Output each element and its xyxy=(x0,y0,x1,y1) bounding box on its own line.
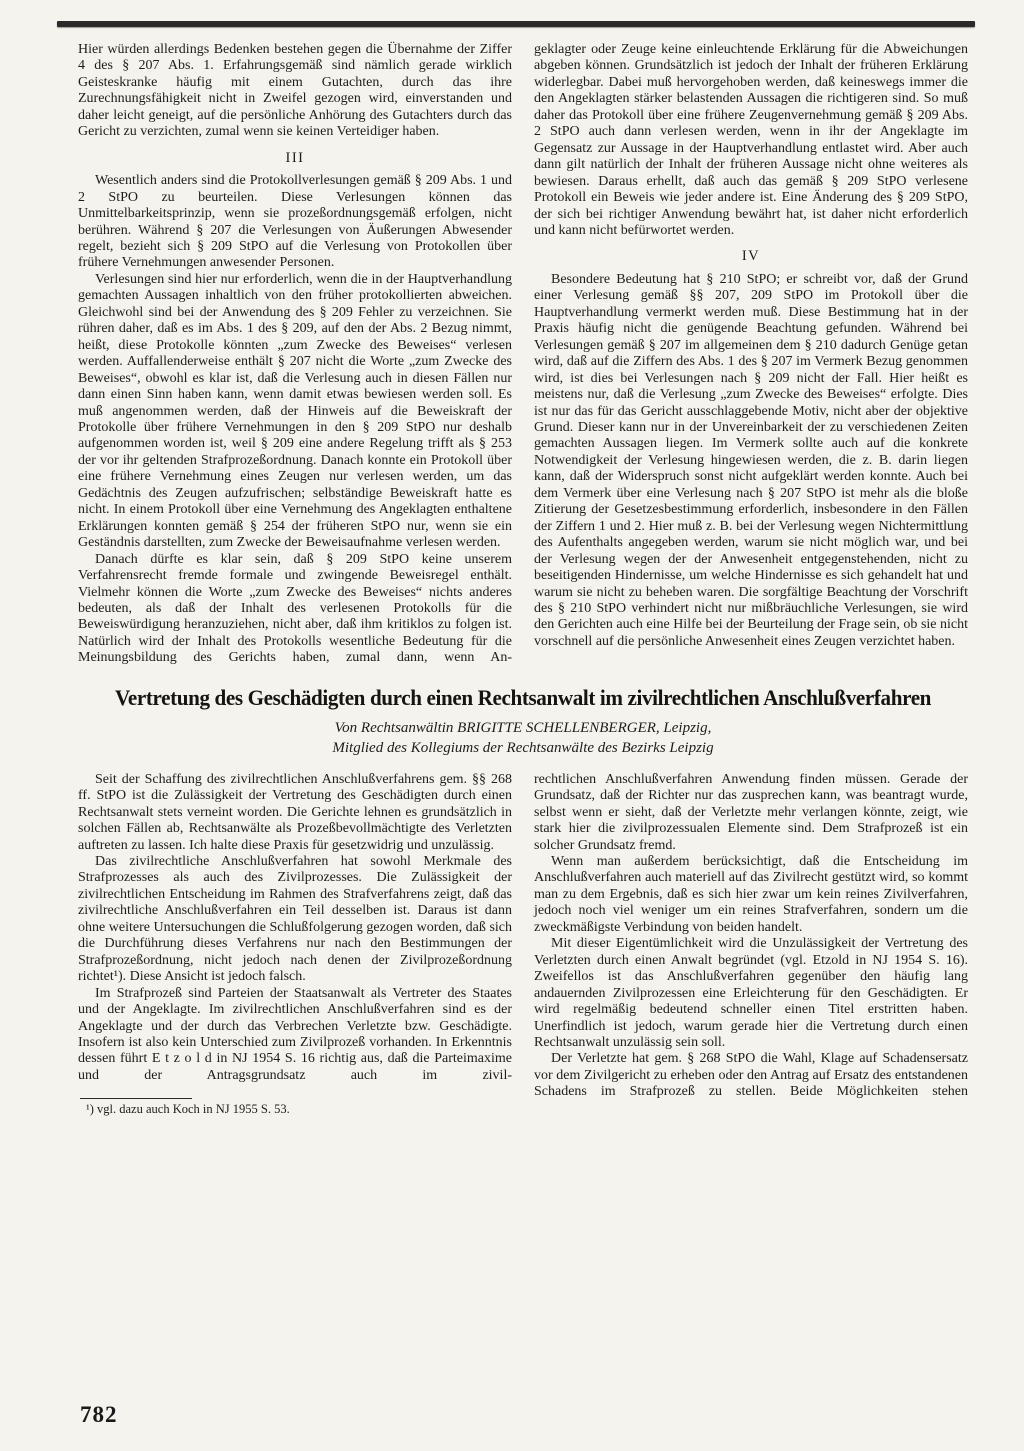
byline-block: Von Rechtsanwältin BRIGITTE SCHELLENBERG… xyxy=(78,718,968,758)
new-article-section: Vertretung des Geschädigten durch einen … xyxy=(78,685,968,1118)
page-content: Hier würden allerdings Bedenken bestehen… xyxy=(78,42,968,1117)
paragraph: Seit der Schaffung des zivilrechtlichen … xyxy=(78,772,512,854)
section-numeral-iii: III xyxy=(78,150,512,166)
paragraph: Der Verletzte hat gem. § 268 StPO die Wa… xyxy=(534,1051,968,1100)
paragraph: Besondere Bedeutung hat § 210 StPO; er s… xyxy=(534,272,968,650)
footnote: ¹) vgl. dazu auch Koch in NJ 1955 S. 53. xyxy=(78,1102,512,1117)
byline-author: Von Rechtsanwältin BRIGITTE SCHELLENBERG… xyxy=(78,718,968,738)
footnote-rule xyxy=(80,1098,192,1099)
scan-top-edge-rule xyxy=(57,21,975,27)
two-column-layout-bottom: Seit der Schaffung des zivilrechtlichen … xyxy=(78,772,968,1118)
paragraph: Verlesungen sind hier nur erforderlich, … xyxy=(78,272,512,552)
paragraph: Hier würden allerdings Bedenken bestehen… xyxy=(78,42,512,141)
bottom-left-column: Seit der Schaffung des zivilrechtlichen … xyxy=(78,772,512,1118)
paragraph: Wenn man außerdem berücksichtigt, daß di… xyxy=(534,854,968,936)
bottom-right-column: rechtlichen Anschlußverfahren Anwendung … xyxy=(534,772,968,1118)
footnote-block: ¹) vgl. dazu auch Koch in NJ 1955 S. 53. xyxy=(78,1098,512,1117)
byline-affiliation: Mitglied des Kollegiums der Rechtsanwält… xyxy=(78,738,968,758)
article-title: Vertretung des Geschädigten durch einen … xyxy=(96,685,950,711)
section-numeral-iv: IV xyxy=(534,248,968,264)
paragraph: Wesentlich anders sind die Protokollverl… xyxy=(78,173,512,272)
top-left-column: Hier würden allerdings Bedenken bestehen… xyxy=(78,42,512,667)
paragraph: Im Strafprozeß sind Parteien der Staatsa… xyxy=(78,986,512,1085)
paragraph: geklagter oder Zeuge keine einleuchtende… xyxy=(534,42,968,239)
top-right-column: geklagter oder Zeuge keine einleuchtende… xyxy=(534,42,968,667)
paragraph: Das zivilrechtliche Anschlußverfahren ha… xyxy=(78,854,512,986)
paragraph: Danach dürfte es klar sein, daß § 209 St… xyxy=(78,552,512,667)
paragraph: rechtlichen Anschlußverfahren Anwendung … xyxy=(534,772,968,854)
page-number: 782 xyxy=(80,1402,118,1428)
article-continuation-section: Hier würden allerdings Bedenken bestehen… xyxy=(78,42,968,667)
paragraph: Mit dieser Eigentümlichkeit wird die Unz… xyxy=(534,936,968,1051)
two-column-layout-top: Hier würden allerdings Bedenken bestehen… xyxy=(78,42,968,667)
journal-page: Hier würden allerdings Bedenken bestehen… xyxy=(0,0,1024,1451)
